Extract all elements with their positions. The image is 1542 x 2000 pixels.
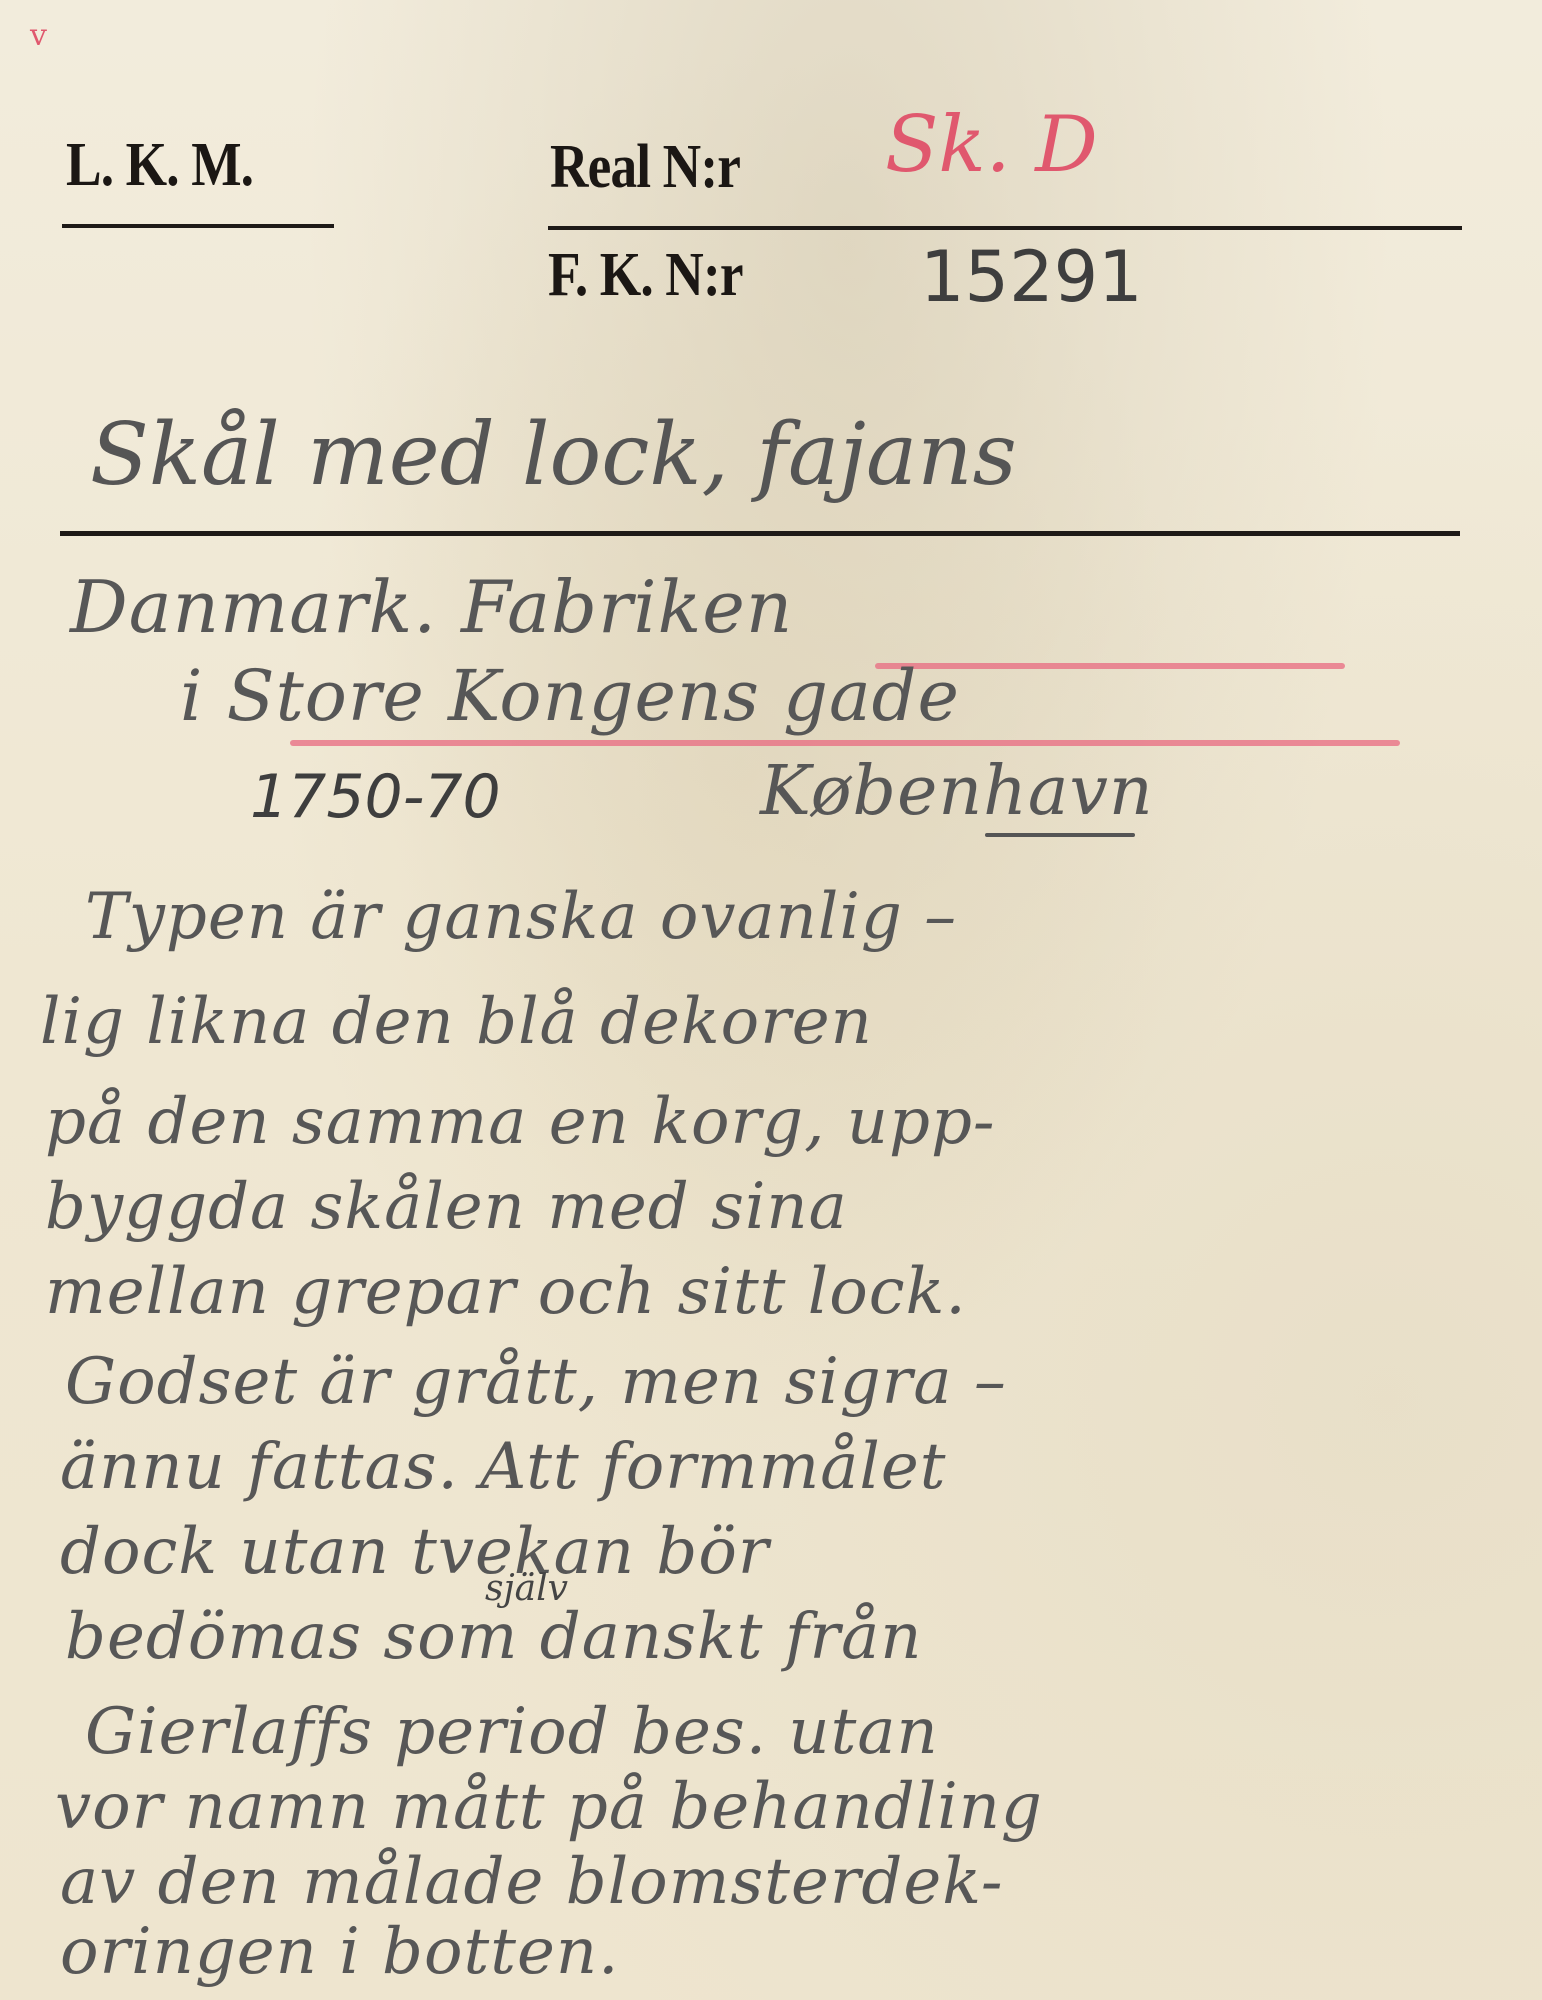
description-line: dock utan tvekan bör xyxy=(60,1515,769,1589)
description-line: på den samma en korg, upp- xyxy=(45,1085,996,1159)
lkm-label: L. K. M. xyxy=(66,130,253,201)
fk-nr-label: F. K. N:r xyxy=(548,240,743,311)
description-line: byggda skålen med sina xyxy=(45,1170,848,1244)
origin-line-1: Danmark. Fabriken xyxy=(70,565,793,649)
object-title: Skål med lock, fajans xyxy=(90,405,1017,505)
description-line: Gierlaffs period bes. utan xyxy=(85,1695,939,1769)
description-line: lig likna den blå dekoren xyxy=(40,985,873,1059)
header-rule xyxy=(548,226,1462,230)
corner-check-mark: v xyxy=(30,18,47,53)
real-nr-value: Sk. D xyxy=(885,100,1098,190)
red-underline-store-kongens-gade xyxy=(290,740,1400,746)
description-line: mellan grepar och sitt lock. xyxy=(45,1255,967,1329)
title-rule xyxy=(60,531,1460,536)
description-line: oringen i botten. xyxy=(60,1915,619,1989)
description-line: av den målade blomsterdek- xyxy=(60,1845,1004,1919)
origin-line-2: i Store Kongens gade xyxy=(180,655,960,737)
description-line: Typen är ganska ovanlig – xyxy=(85,880,957,954)
city-underline xyxy=(985,833,1135,837)
origin-city: København xyxy=(760,752,1154,831)
description-line: ännu fattas. Att formmålet xyxy=(60,1430,946,1504)
description-line: bedömas som danskt från xyxy=(65,1600,922,1674)
real-nr-label: Real N:r xyxy=(550,132,740,203)
fk-nr-value: 15291 xyxy=(920,236,1143,318)
lkm-rule xyxy=(62,224,334,228)
description-line: vor namn mått på behandling xyxy=(55,1770,1043,1844)
description-line: Godset är grått, men sigra – xyxy=(65,1345,1007,1419)
catalog-card: v L. K. M. Real N:r Sk. D F. K. N:r 1529… xyxy=(0,0,1542,2000)
origin-date: 1750-70 xyxy=(250,762,501,832)
